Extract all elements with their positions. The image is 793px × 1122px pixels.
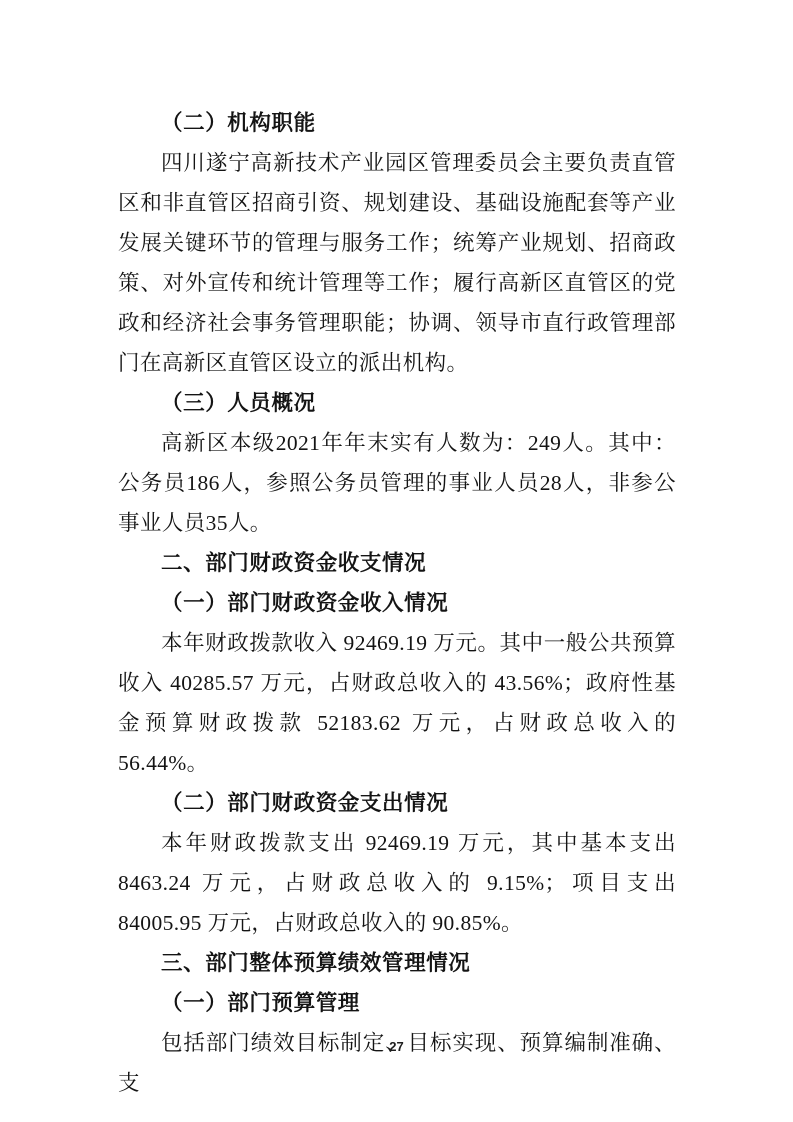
heading-fiscal-funds-section: 二、部门财政资金收支情况 xyxy=(118,543,676,583)
paragraph-org-functions: 四川遂宁高新技术产业园区管理委员会主要负责直管区和非直管区招商引资、规划建设、基… xyxy=(118,143,676,383)
document-page: （二）机构职能 四川遂宁高新技术产业园区管理委员会主要负责直管区和非直管区招商引… xyxy=(0,0,793,1122)
heading-fiscal-expenditure: （二）部门财政资金支出情况 xyxy=(118,783,676,823)
heading-performance-management-section: 三、部门整体预算绩效管理情况 xyxy=(118,943,676,983)
paragraph-budget-management: 包括部门绩效目标制定、目标实现、预算编制准确、支 xyxy=(118,1023,676,1103)
paragraph-fiscal-income: 本年财政拨款收入 92469.19 万元。其中一般公共预算收入 40285.57… xyxy=(118,623,676,783)
heading-personnel-overview: （三）人员概况 xyxy=(118,383,676,423)
heading-budget-management: （一）部门预算管理 xyxy=(118,983,676,1023)
heading-org-functions: （二）机构职能 xyxy=(118,103,676,143)
paragraph-fiscal-expenditure: 本年财政拨款支出 92469.19 万元，其中基本支出 8463.24 万元，占… xyxy=(118,823,676,943)
paragraph-personnel-overview: 高新区本级2021年年末实有人数为：249人。其中：公务员186人，参照公务员管… xyxy=(118,423,676,543)
page-footer: 27 xyxy=(0,1038,793,1056)
heading-fiscal-income: （一）部门财政资金收入情况 xyxy=(118,583,676,623)
page-number: 27 xyxy=(389,1039,403,1054)
document-body: （二）机构职能 四川遂宁高新技术产业园区管理委员会主要负责直管区和非直管区招商引… xyxy=(118,103,676,1103)
